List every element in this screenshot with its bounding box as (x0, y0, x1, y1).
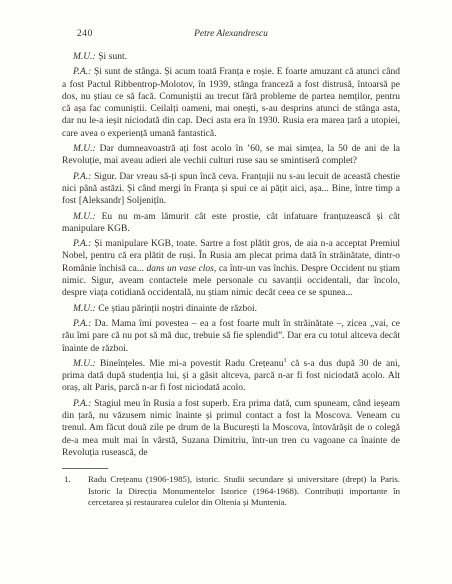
paragraph-text: Da. Mama îmi povestea – ea a fost foarte… (62, 319, 400, 354)
dialogue-paragraph: M.U.: Dar dumneavoastră ați fost acolo î… (62, 143, 400, 168)
speaker-label: M.U.: (73, 304, 96, 314)
dialogue-text-block: M.U.: Și sunt. P.A.: Și sunt de stânga. … (62, 51, 400, 459)
footnote-text: Radu Crețeanu (1906-1985), istoric. Stud… (88, 474, 400, 507)
book-page: 240 Petre Alexandrescu M.U.: Și sunt. P.… (0, 0, 452, 584)
page-content: 240 Petre Alexandrescu M.U.: Și sunt. P.… (62, 28, 400, 508)
speaker-label: P.A.: (73, 399, 91, 409)
paragraph-text: Bineînțeles. Mie mi-a povestit Radu Creț… (96, 359, 284, 369)
dialogue-paragraph: P.A.: Și sunt de stânga. Și acum toată F… (62, 66, 400, 140)
speaker-label: M.U.: (73, 52, 96, 62)
footnote-marker: 1. (64, 474, 71, 485)
dialogue-paragraph: P.A.: Da. Mama îmi povestea – ea a fost … (62, 318, 400, 355)
dialogue-paragraph: M.U.: Ce știau părinții noștri dinainte … (62, 303, 400, 315)
footnote-separator-rule (62, 468, 108, 469)
dialogue-paragraph: M.U.: Eu nu m-am lămurit cât este prosti… (62, 211, 400, 236)
footnote-section: 1.Radu Crețeanu (1906-1985), istoric. St… (62, 468, 400, 508)
dialogue-paragraph: P.A.: Stagiul meu în Rusia a fost superb… (62, 398, 400, 459)
page-number: 240 (77, 28, 93, 41)
speaker-label: P.A.: (73, 239, 91, 249)
speaker-label: P.A.: (73, 172, 91, 182)
footnote-item: 1.Radu Crețeanu (1906-1985), istoric. St… (62, 474, 400, 508)
speaker-label: M.U.: (73, 144, 96, 154)
paragraph-text: Eu nu m-am lămurit cât este prostie, cât… (62, 212, 400, 234)
paragraph-text: Și sunt. (96, 52, 127, 62)
paragraph-text: Sigur. Dar vreau să-ți spun încă ceva. F… (62, 172, 400, 207)
speaker-label: P.A.: (73, 67, 91, 77)
page-header: 240 Petre Alexandrescu (62, 28, 400, 41)
speaker-label: M.U.: (73, 359, 96, 369)
speaker-label: P.A.: (73, 319, 91, 329)
dialogue-paragraph: P.A.: Sigur. Dar vreau să-ți spun încă c… (62, 171, 400, 208)
paragraph-text: Și sunt de stânga. Și acum toată Franța … (62, 67, 400, 138)
paragraph-text: Ce știau părinții noștri dinainte de răz… (96, 304, 257, 314)
speaker-label: M.U.: (73, 212, 96, 222)
paragraph-text: Dar dumneavoastră ați fost acolo în ’60,… (62, 144, 400, 166)
running-head: Petre Alexandrescu (62, 28, 400, 41)
dialogue-paragraph: P.A.: Și manipulare KGB, toate. Sartre a… (62, 238, 400, 299)
dialogue-paragraph: M.U.: Și sunt. (62, 51, 400, 63)
foreign-phrase: dans un vase clos (147, 264, 214, 274)
paragraph-text: Stagiul meu în Rusia a fost superb. Era … (62, 399, 400, 458)
dialogue-paragraph: M.U.: Bineînțeles. Mie mi-a povestit Rad… (62, 358, 400, 395)
